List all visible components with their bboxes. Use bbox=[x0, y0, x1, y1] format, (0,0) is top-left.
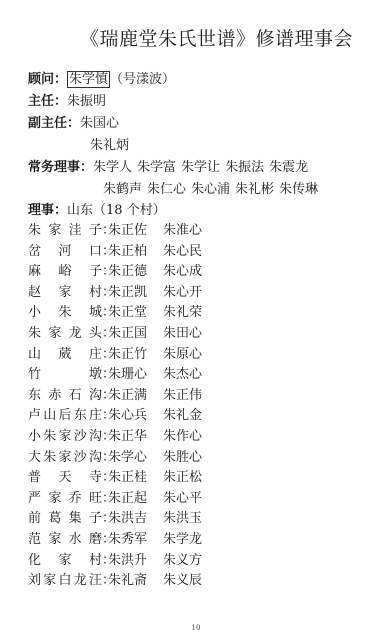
standing-director-name: 朱鹤声 bbox=[103, 182, 142, 197]
village-name: 小朱城 bbox=[28, 301, 102, 320]
village-row: 大朱家沙沟：朱学心朱胜心 bbox=[28, 446, 108, 466]
director-name: 朱心平 bbox=[163, 487, 202, 506]
director-name: 朱正伟 bbox=[163, 384, 202, 403]
deputy-director-name: 朱国心 bbox=[80, 116, 119, 131]
director-name: 朱秀军 bbox=[108, 528, 147, 547]
standing-director-name: 朱学人 bbox=[93, 160, 132, 175]
director-name: 朱正国 bbox=[108, 322, 147, 341]
standing-director-name: 朱心浦 bbox=[191, 182, 230, 197]
director-name: 朱田心 bbox=[163, 322, 202, 341]
village-row: 竹墩：朱珊心朱杰心 bbox=[28, 363, 108, 383]
director-name: 朱正德 bbox=[108, 260, 147, 279]
village-row: 小朱城：朱正堂朱礼荣 bbox=[28, 301, 108, 321]
village-name: 严家乔旺 bbox=[28, 487, 102, 506]
village-name: 朱家龙头 bbox=[28, 322, 102, 341]
director-name: 朱义方 bbox=[163, 549, 202, 568]
village-name: 小朱家沙沟 bbox=[28, 425, 102, 444]
director-name: 朱正竹 bbox=[108, 343, 147, 362]
standing-directors-line-2: 朱鹤声朱仁心朱心浦朱礼彬朱传琳 bbox=[103, 178, 323, 197]
village-name: 麻峪子 bbox=[28, 260, 102, 279]
village-name: 刘家白龙汪 bbox=[28, 569, 102, 588]
standing-director-name: 朱传琳 bbox=[279, 182, 318, 197]
deputy-director-label: 副主任： bbox=[28, 116, 80, 131]
directors-region: 山东（18 个村） bbox=[67, 203, 166, 218]
deputy-director-line: 副主任：朱国心 bbox=[28, 112, 119, 131]
director-name: 朱振明 bbox=[67, 94, 106, 109]
village-row: 麻峪子：朱正德朱心成 bbox=[28, 260, 108, 280]
village-row: 普天寺：朱正桂朱正松 bbox=[28, 466, 108, 486]
director-name: 朱洪升 bbox=[108, 549, 147, 568]
village-name: 朱家洼子 bbox=[28, 219, 102, 238]
director-name: 朱礼斋 bbox=[108, 569, 147, 588]
advisor-name: 朱学慎 bbox=[67, 71, 110, 88]
director-name: 朱正起 bbox=[108, 487, 147, 506]
village-row: 朱家洼子：朱正佐朱准心 bbox=[28, 219, 108, 239]
village-row: 严家乔旺：朱正起朱心平 bbox=[28, 487, 108, 507]
director-name: 朱杰心 bbox=[163, 363, 202, 382]
standing-director-name: 朱震龙 bbox=[269, 160, 308, 175]
director-name: 朱心兵 bbox=[108, 404, 147, 423]
page-title: 《瑞鹿堂朱氏世谱》修谱理事会 bbox=[80, 24, 353, 51]
village-row: 前葛集子：朱洪吉朱洪玉 bbox=[28, 507, 108, 527]
standing-directors-label: 常务理事： bbox=[28, 160, 93, 175]
director-name: 朱准心 bbox=[163, 219, 202, 238]
director-name: 朱正满 bbox=[108, 384, 147, 403]
director-name: 朱礼金 bbox=[163, 404, 202, 423]
advisor-label: 顾问： bbox=[28, 72, 67, 87]
village-name: 化家村 bbox=[28, 549, 102, 568]
village-name: 东赤石沟 bbox=[28, 384, 102, 403]
director-name: 朱心民 bbox=[163, 240, 202, 259]
director-name: 朱洪吉 bbox=[108, 507, 147, 526]
director-name: 朱胜心 bbox=[163, 446, 202, 465]
village-name: 岔河口 bbox=[28, 240, 102, 259]
village-row: 刘家白龙汪：朱礼斋朱义辰 bbox=[28, 569, 108, 589]
director-name: 朱礼荣 bbox=[163, 301, 202, 320]
director-name: 朱正凯 bbox=[108, 281, 147, 300]
advisor-line: 顾问：朱学慎（号漾波） bbox=[28, 68, 175, 87]
director-name: 朱珊心 bbox=[108, 363, 147, 382]
village-row: 范家水磨：朱秀军朱学龙 bbox=[28, 528, 108, 548]
village-row: 岔河口：朱正柏朱心民 bbox=[28, 240, 108, 260]
standing-directors-line: 常务理事：朱学人朱学富朱学让朱振法朱震龙 bbox=[28, 156, 313, 175]
directors-label: 理事： bbox=[28, 203, 67, 218]
village-name: 大朱家沙沟 bbox=[28, 446, 102, 465]
village-name: 范家水磨 bbox=[28, 528, 102, 547]
village-row: 朱家龙头：朱正国朱田心 bbox=[28, 322, 108, 342]
page-number: 10 bbox=[0, 624, 392, 632]
director-name: 朱正桂 bbox=[108, 466, 147, 485]
deputy-director-name: 朱礼炳 bbox=[90, 134, 129, 153]
village-row: 东赤石沟：朱正满朱正伟 bbox=[28, 384, 108, 404]
village-row: 小朱家沙沟：朱正华朱作心 bbox=[28, 425, 108, 445]
director-name: 朱学心 bbox=[108, 446, 147, 465]
village-name: 竹墩 bbox=[28, 363, 102, 382]
village-name: 赵家村 bbox=[28, 281, 102, 300]
director-name: 朱义辰 bbox=[163, 569, 202, 588]
village-row: 赵家村：朱正凯朱心开 bbox=[28, 281, 108, 301]
director-name: 朱正松 bbox=[163, 466, 202, 485]
director-name: 朱正佐 bbox=[108, 219, 147, 238]
village-row: 化家村：朱洪升朱义方 bbox=[28, 549, 108, 569]
village-name: 普天寺 bbox=[28, 466, 102, 485]
village-name: 卢山后东庄 bbox=[28, 404, 102, 423]
director-name: 朱洪玉 bbox=[163, 507, 202, 526]
advisor-note: （号漾波） bbox=[110, 72, 175, 87]
director-line: 主任：朱振明 bbox=[28, 90, 106, 109]
village-row: 山葳庄：朱正竹朱原心 bbox=[28, 343, 108, 363]
standing-director-name: 朱学富 bbox=[137, 160, 176, 175]
village-name: 山葳庄 bbox=[28, 343, 102, 362]
director-name: 朱心开 bbox=[163, 281, 202, 300]
directors-line: 理事：山东（18 个村） bbox=[28, 199, 166, 218]
director-name: 朱原心 bbox=[163, 343, 202, 362]
standing-director-name: 朱学让 bbox=[181, 160, 220, 175]
director-name: 朱作心 bbox=[163, 425, 202, 444]
standing-director-name: 朱礼彬 bbox=[235, 182, 274, 197]
director-label: 主任： bbox=[28, 94, 67, 109]
director-name: 朱心成 bbox=[163, 260, 202, 279]
director-name: 朱正堂 bbox=[108, 301, 147, 320]
director-name: 朱学龙 bbox=[163, 528, 202, 547]
standing-director-name: 朱振法 bbox=[225, 160, 264, 175]
director-name: 朱正华 bbox=[108, 425, 147, 444]
village-name: 前葛集子 bbox=[28, 507, 102, 526]
standing-director-name: 朱仁心 bbox=[147, 182, 186, 197]
village-row: 卢山后东庄：朱心兵朱礼金 bbox=[28, 404, 108, 424]
director-name: 朱正柏 bbox=[108, 240, 147, 259]
